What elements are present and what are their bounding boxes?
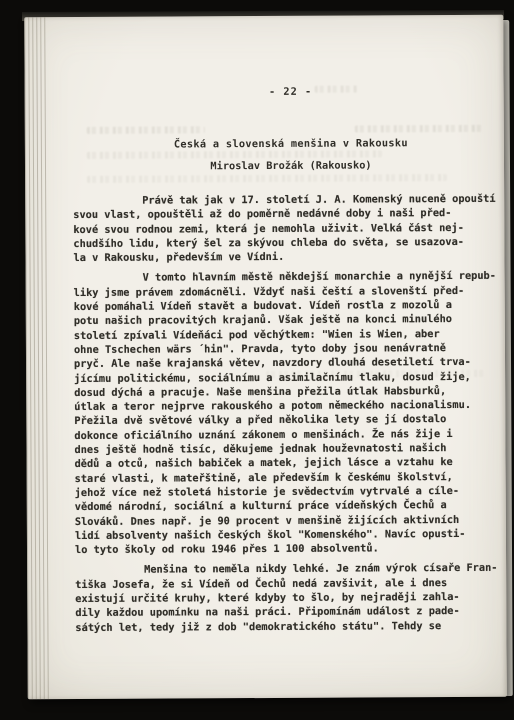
bleedthrough-smudge	[87, 126, 205, 134]
book-page: - 22 - Česká a slovenská menšina v Rakou…	[24, 15, 507, 699]
article-title: Česká a slovenská menšina v Rakousku	[73, 136, 507, 153]
paragraph: Právě tak jak v 17. století J. A. Komens…	[73, 192, 507, 266]
article-body: Právě tak jak v 17. století J. A. Komens…	[73, 192, 507, 641]
scanned-book-photo: - 22 - Česká a slovenská menšina v Rakou…	[0, 0, 514, 720]
article-author: Miroslav Brožák (Rakousko)	[73, 158, 507, 175]
bleedthrough-smudge	[87, 174, 447, 183]
bleedthrough-smudge	[355, 125, 485, 133]
paragraph: V tomto hlavním městě někdejší monarchie…	[74, 269, 507, 557]
page-stack-edge	[24, 17, 49, 699]
paragraph: Menšina to neměla nikdy lehké. Je znám v…	[75, 561, 507, 635]
page-number: - 22 -	[73, 84, 507, 101]
